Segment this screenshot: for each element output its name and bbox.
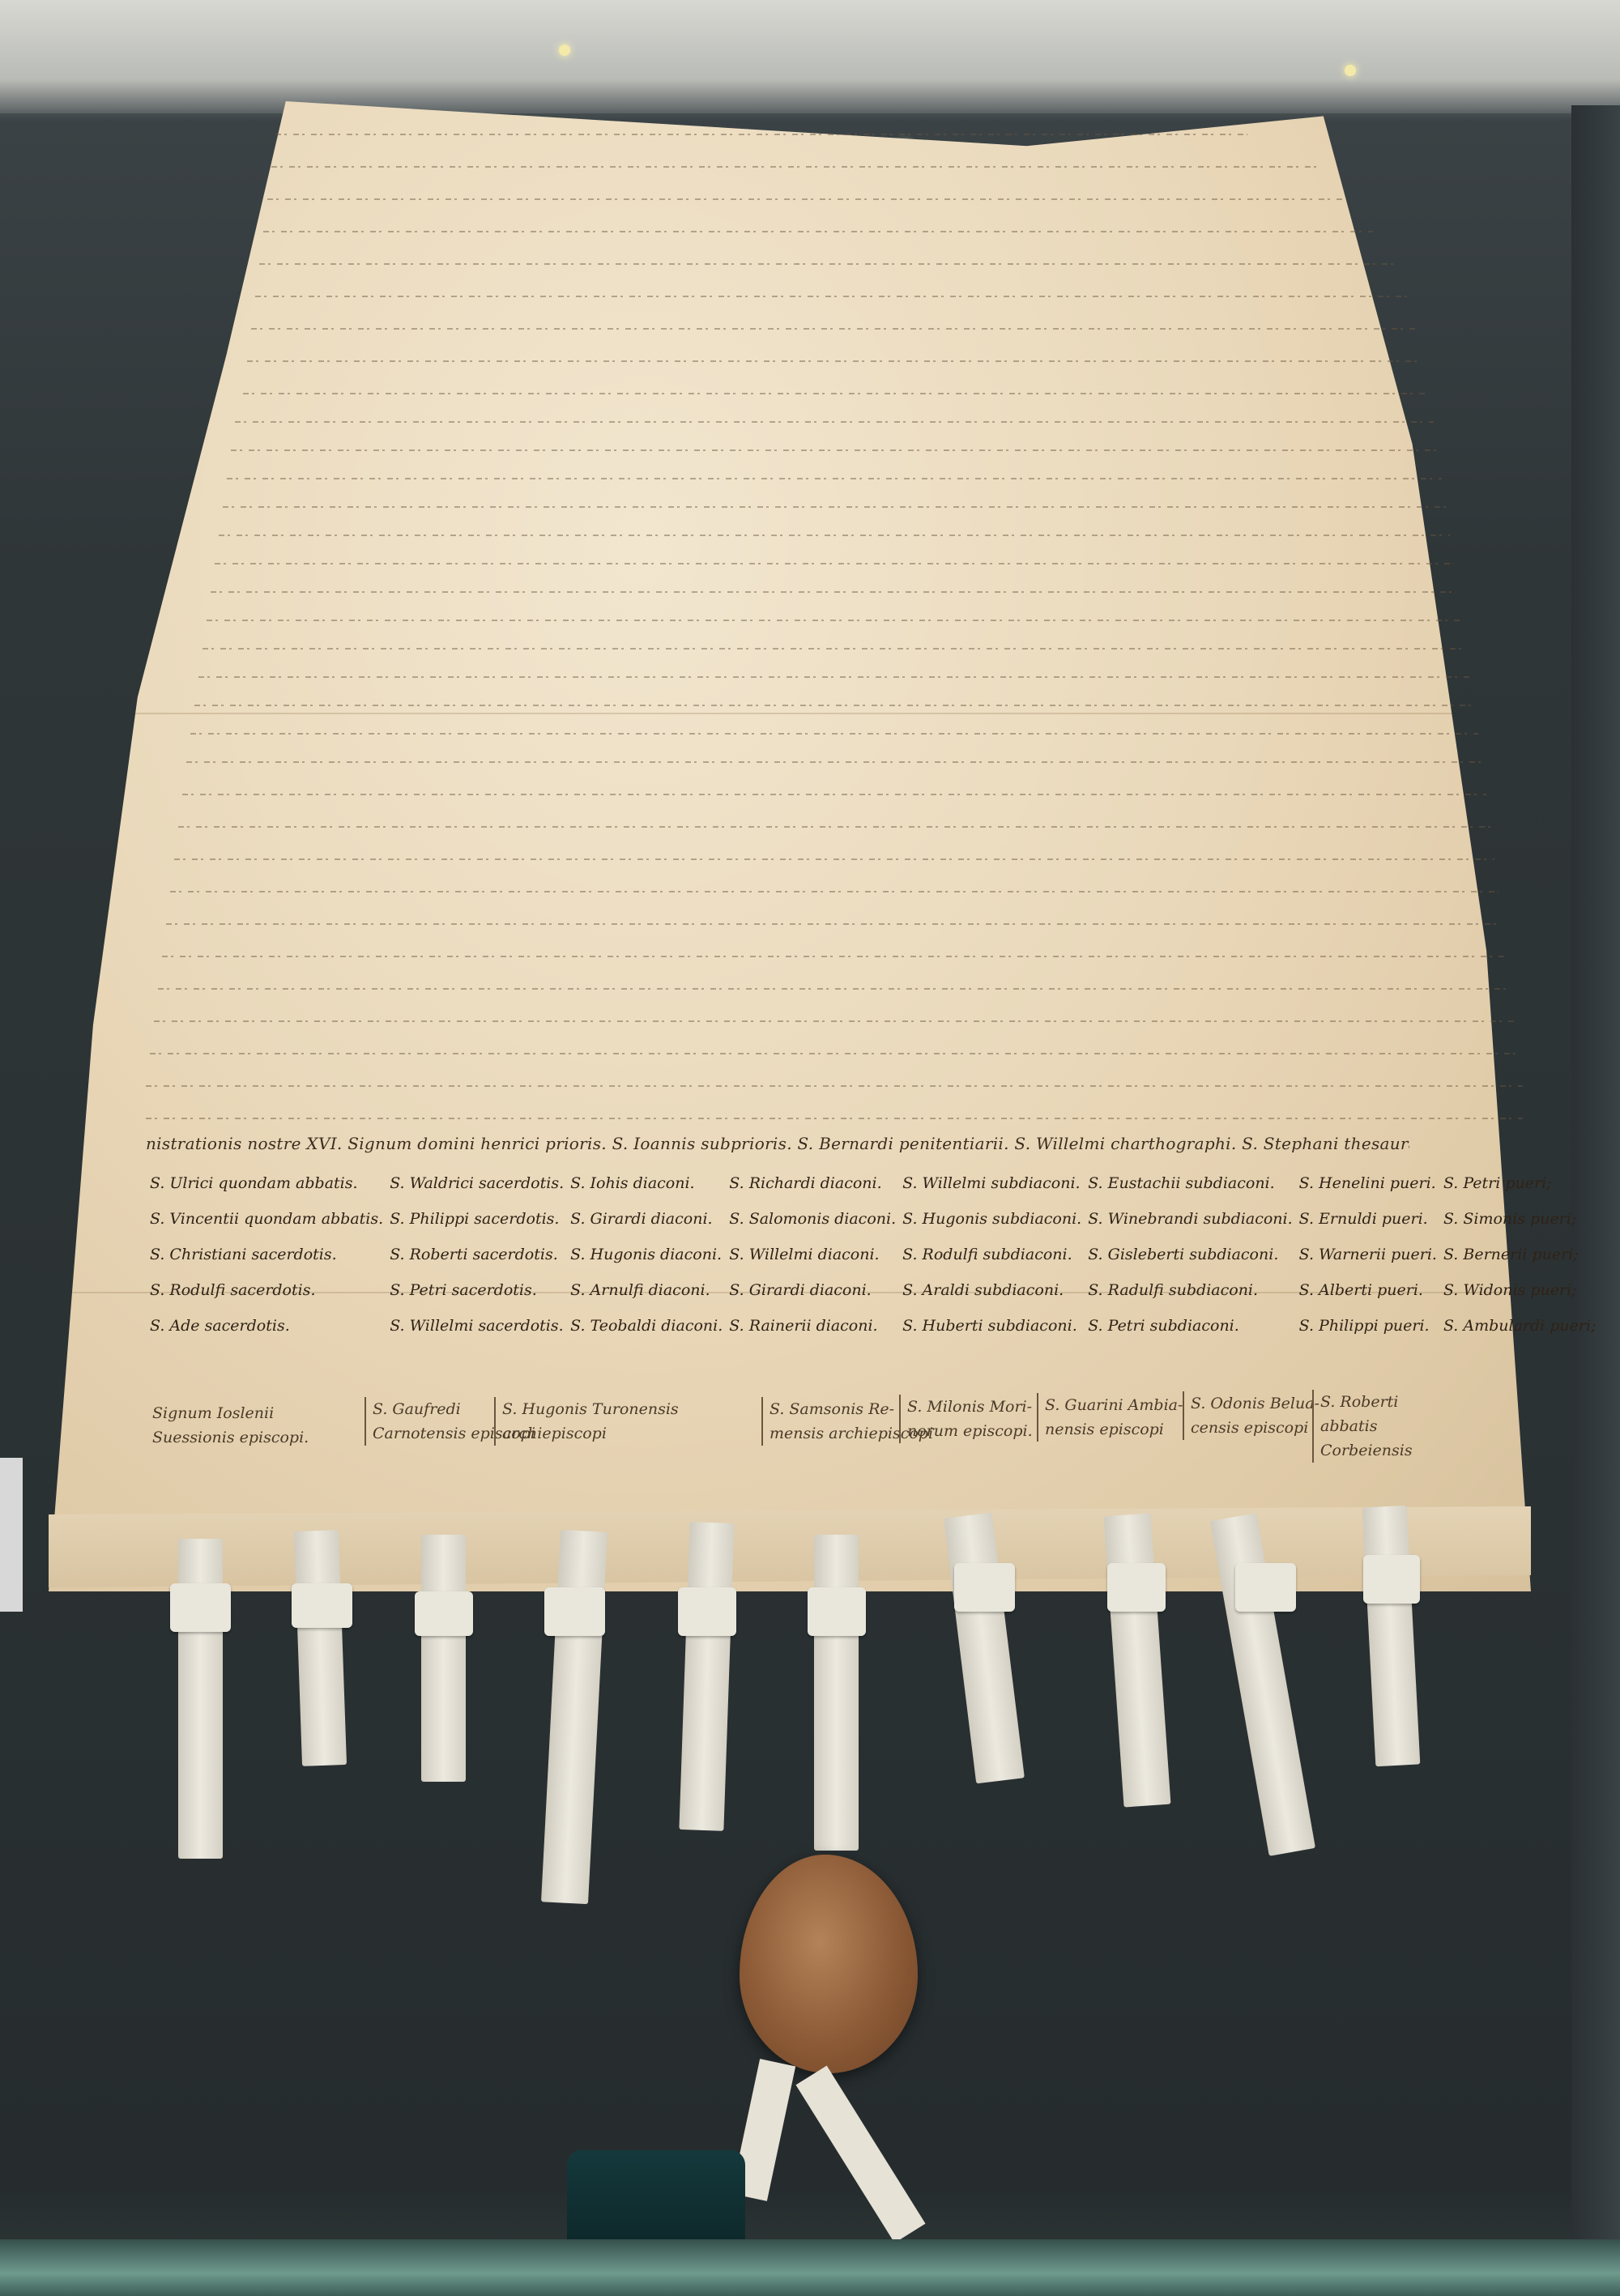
- witness-entry: S. Rainerii diaconi.: [729, 1317, 896, 1335]
- witness-entry: S. Teobaldi diaconi.: [570, 1317, 723, 1335]
- tag-knot: [1363, 1555, 1420, 1604]
- witness-entry: S. Hugonis diaconi.: [570, 1246, 723, 1263]
- witness-entry: S. Hugonis subdiaconi.: [902, 1210, 1081, 1228]
- seal-ribbon: [795, 2066, 925, 2243]
- witness-entry: S. Richardi diaconi.: [729, 1174, 896, 1192]
- witness-entry: S. Philippi pueri.: [1299, 1317, 1437, 1335]
- subscription: S. Roberti abbatis Corbeiensis: [1312, 1390, 1442, 1463]
- tag-knot: [415, 1591, 473, 1636]
- tag-knot: [808, 1587, 866, 1636]
- witness-entry: S. Ulrici quondam abbatis.: [150, 1174, 383, 1192]
- witness-entry: S. Salomonis diaconi.: [729, 1210, 896, 1228]
- witness-entry: S. Ernuldi pueri.: [1299, 1210, 1437, 1228]
- witness-entry: S. Huberti subdiaconi.: [902, 1317, 1081, 1335]
- pendant-tag: [294, 1530, 347, 1766]
- witness-entry: S. Ambulardi pueri;: [1443, 1317, 1597, 1335]
- display-case-glass-edge: [0, 2239, 1620, 2296]
- witness-entry: S. Petri subdiaconi.: [1088, 1317, 1292, 1335]
- tag-knot: [292, 1583, 352, 1628]
- witness-entry: S. Petri sacerdotis.: [390, 1281, 564, 1299]
- subscription: S. Milonis Mori- norum episcopi.: [899, 1395, 1033, 1443]
- witness-entry: S. Girardi diaconi.: [570, 1210, 723, 1228]
- plica-fold: [49, 1506, 1531, 1587]
- display-case-side: [1571, 105, 1620, 2292]
- pendant-tag: [421, 1535, 466, 1782]
- witness-entry: S. Willelmi sacerdotis.: [390, 1317, 564, 1335]
- museum-label-edge: [0, 1458, 23, 1612]
- dating-clause: nistrationis nostre XVI. Signum domini h…: [146, 1134, 1409, 1153]
- episcopal-subscriptions: Signum Ioslenii Suessionis episcopi. S. …: [146, 1401, 1442, 1474]
- witness-entry: S. Bernerii pueri;: [1443, 1246, 1597, 1263]
- witness-entry: S. Rodulfi subdiaconi.: [902, 1246, 1081, 1263]
- tag-knot: [170, 1583, 231, 1632]
- charter-parchment: [49, 101, 1531, 1591]
- witness-entry: S. Warnerii pueri.: [1299, 1246, 1437, 1263]
- witness-entry: S. Winebrandi subdiaconi.: [1088, 1210, 1292, 1228]
- fold-line: [49, 713, 1531, 714]
- witness-entry: S. Vincentii quondam abbatis.: [150, 1210, 383, 1228]
- seal-cord: [814, 1535, 859, 1851]
- witness-entry: S. Araldi subdiaconi.: [902, 1281, 1081, 1299]
- witness-list: S. Ulrici quondam abbatis. S. Waldrici s…: [150, 1174, 1413, 1335]
- tag-knot: [1107, 1563, 1166, 1612]
- witness-entry: S. Petri pueri;: [1443, 1174, 1597, 1192]
- witness-entry: S. Gisleberti subdiaconi.: [1088, 1246, 1292, 1263]
- witness-entry: S. Henelini pueri.: [1299, 1174, 1437, 1192]
- witness-entry: S. Iohis diaconi.: [570, 1174, 723, 1192]
- witness-entry: S. Radulfi subdiaconi.: [1088, 1281, 1292, 1299]
- subscription: S. Hugonis Turonensis archiepiscopi: [494, 1397, 679, 1446]
- tag-knot: [544, 1587, 605, 1636]
- tag-knot: [678, 1587, 736, 1636]
- witness-entry: S. Rodulfi sacerdotis.: [150, 1281, 383, 1299]
- witness-entry: S. Simonis pueri;: [1443, 1210, 1597, 1228]
- tag-knot: [1235, 1563, 1296, 1612]
- reflection-light: [559, 45, 570, 56]
- witness-entry: S. Alberti pueri.: [1299, 1281, 1437, 1299]
- subscription: S. Guarini Ambia- nensis episcopi: [1037, 1393, 1183, 1442]
- witness-entry: S. Christiani sacerdotis.: [150, 1246, 383, 1263]
- witness-entry: S. Widonis pueri;: [1443, 1281, 1597, 1299]
- witness-entry: S. Philippi sacerdotis.: [390, 1210, 564, 1228]
- witness-entry: S. Waldrici sacerdotis.: [390, 1174, 564, 1192]
- wax-seal: [740, 1855, 918, 2073]
- reflection-light: [1345, 65, 1356, 76]
- witness-entry: S. Willelmi subdiaconi.: [902, 1174, 1081, 1192]
- witness-entry: S. Eustachii subdiaconi.: [1088, 1174, 1292, 1192]
- subscription: S. Odonis Belua- censis episcopi: [1183, 1391, 1319, 1440]
- witness-entry: S. Girardi diaconi.: [729, 1281, 896, 1299]
- witness-entry: S. Arnulfi diaconi.: [570, 1281, 723, 1299]
- witness-entry: S. Ade sacerdotis.: [150, 1317, 383, 1335]
- witness-entry: S. Roberti sacerdotis.: [390, 1246, 564, 1263]
- tag-knot: [954, 1563, 1015, 1612]
- witness-entry: S. Willelmi diaconi.: [729, 1246, 896, 1263]
- subscription: Signum Ioslenii Suessionis episcopi.: [146, 1401, 309, 1450]
- display-case-top: [0, 0, 1620, 113]
